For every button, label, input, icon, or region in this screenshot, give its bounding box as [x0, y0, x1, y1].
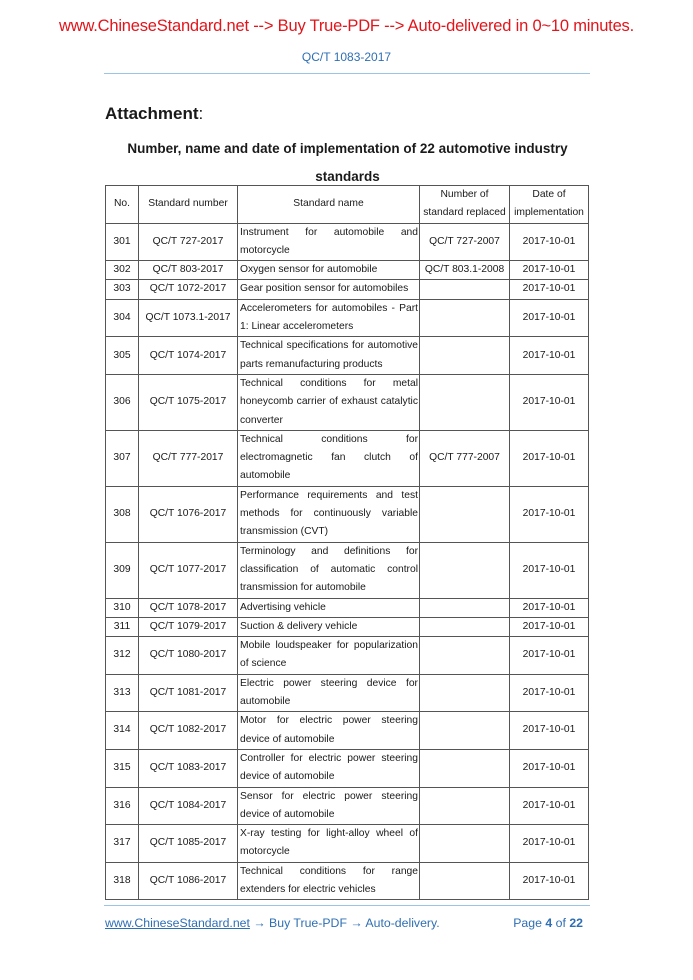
cell-standard-name: Accelerometers for automobiles - Part 1:… — [238, 299, 420, 337]
table-row: 310QC/T 1078-2017Advertising vehicle2017… — [106, 598, 589, 617]
cell-replaced — [420, 749, 510, 787]
cell-date: 2017-10-01 — [510, 280, 589, 299]
table-row: 301QC/T 727-2017Instrument for automobil… — [106, 223, 589, 261]
cell-date: 2017-10-01 — [510, 712, 589, 750]
cell-standard-name: Terminology and definitions for classifi… — [238, 542, 420, 598]
cell-date: 2017-10-01 — [510, 430, 589, 486]
cell-no: 303 — [106, 280, 139, 299]
cell-replaced — [420, 787, 510, 825]
cell-date: 2017-10-01 — [510, 749, 589, 787]
page-current: 4 — [545, 916, 552, 930]
cell-standard-number: QC/T 1074-2017 — [139, 337, 238, 375]
cell-standard-number: QC/T 1081-2017 — [139, 674, 238, 712]
table-row: 314QC/T 1082-2017Motor for electric powe… — [106, 712, 589, 750]
cell-no: 302 — [106, 261, 139, 280]
cell-replaced — [420, 637, 510, 675]
header-no: No. — [106, 186, 139, 224]
cell-standard-number: QC/T 1077-2017 — [139, 542, 238, 598]
cell-standard-name: Motor for electric power steering device… — [238, 712, 420, 750]
table-row: 315QC/T 1083-2017Controller for electric… — [106, 749, 589, 787]
cell-replaced — [420, 862, 510, 900]
cell-standard-number: QC/T 1078-2017 — [139, 598, 238, 617]
cell-standard-name: Technical conditions for metal honeycomb… — [238, 374, 420, 430]
cell-no: 311 — [106, 617, 139, 636]
cell-standard-name: Suction & delivery vehicle — [238, 617, 420, 636]
cell-standard-number: QC/T 1075-2017 — [139, 374, 238, 430]
cell-standard-number: QC/T 727-2017 — [139, 223, 238, 261]
header-date: Date of implementation — [510, 186, 589, 224]
cell-no: 318 — [106, 862, 139, 900]
promo-banner[interactable]: www.ChineseStandard.net --> Buy True-PDF… — [0, 17, 693, 36]
table-title: Number, name and date of implementation … — [100, 135, 595, 191]
cell-date: 2017-10-01 — [510, 825, 589, 863]
cell-standard-name: Electric power steering device for autom… — [238, 674, 420, 712]
cell-replaced — [420, 598, 510, 617]
cell-standard-number: QC/T 1076-2017 — [139, 486, 238, 542]
table-row: 306QC/T 1075-2017Technical conditions fo… — [106, 374, 589, 430]
table-header-row: No. Standard number Standard name Number… — [106, 186, 589, 224]
cell-standard-number: QC/T 1086-2017 — [139, 862, 238, 900]
cell-no: 308 — [106, 486, 139, 542]
cell-date: 2017-10-01 — [510, 374, 589, 430]
cell-standard-number: QC/T 1079-2017 — [139, 617, 238, 636]
cell-standard-name: X-ray testing for light-alloy wheel of m… — [238, 825, 420, 863]
cell-standard-name: Controller for electric power steering d… — [238, 749, 420, 787]
cell-date: 2017-10-01 — [510, 674, 589, 712]
cell-replaced — [420, 674, 510, 712]
page-indicator: Page 4 of 22 — [513, 916, 583, 930]
page-label: Page — [513, 916, 542, 930]
document-code-header: QC/T 1083-2017 — [0, 50, 693, 64]
cell-replaced — [420, 542, 510, 598]
footer-divider — [104, 905, 590, 906]
table-row: 308QC/T 1076-2017Performance requirement… — [106, 486, 589, 542]
table-row: 318QC/T 1086-2017Technical conditions fo… — [106, 862, 589, 900]
footer-promo-text: → Buy True-PDF → Auto-delivery. — [250, 916, 440, 930]
table-row: 304QC/T 1073.1-2017Accelerometers for au… — [106, 299, 589, 337]
cell-replaced — [420, 712, 510, 750]
cell-replaced — [420, 825, 510, 863]
header-replaced: Number of standard replaced — [420, 186, 510, 224]
cell-standard-name: Advertising vehicle — [238, 598, 420, 617]
table-row: 311QC/T 1079-2017Suction & delivery vehi… — [106, 617, 589, 636]
cell-date: 2017-10-01 — [510, 486, 589, 542]
cell-replaced: QC/T 803.1-2008 — [420, 261, 510, 280]
cell-no: 306 — [106, 374, 139, 430]
cell-replaced: QC/T 777-2007 — [420, 430, 510, 486]
cell-no: 313 — [106, 674, 139, 712]
table-row: 303QC/T 1072-2017Gear position sensor fo… — [106, 280, 589, 299]
cell-standard-name: Oxygen sensor for automobile — [238, 261, 420, 280]
cell-replaced — [420, 374, 510, 430]
cell-standard-name: Technical conditions for electromagnetic… — [238, 430, 420, 486]
cell-standard-number: QC/T 1083-2017 — [139, 749, 238, 787]
cell-date: 2017-10-01 — [510, 862, 589, 900]
cell-standard-name: Technical specifications for automotive … — [238, 337, 420, 375]
cell-date: 2017-10-01 — [510, 337, 589, 375]
cell-no: 307 — [106, 430, 139, 486]
cell-date: 2017-10-01 — [510, 542, 589, 598]
cell-replaced: QC/T 727-2007 — [420, 223, 510, 261]
attachment-heading: Attachment: — [105, 104, 203, 124]
cell-date: 2017-10-01 — [510, 598, 589, 617]
table-row: 302QC/T 803-2017Oxygen sensor for automo… — [106, 261, 589, 280]
cell-standard-number: QC/T 1084-2017 — [139, 787, 238, 825]
page-total: 22 — [569, 916, 583, 930]
cell-replaced — [420, 486, 510, 542]
cell-replaced — [420, 337, 510, 375]
cell-date: 2017-10-01 — [510, 617, 589, 636]
cell-replaced — [420, 280, 510, 299]
cell-no: 316 — [106, 787, 139, 825]
cell-no: 304 — [106, 299, 139, 337]
attachment-colon: : — [199, 104, 204, 123]
cell-standard-name: Gear position sensor for automobiles — [238, 280, 420, 299]
cell-standard-number: QC/T 1080-2017 — [139, 637, 238, 675]
cell-date: 2017-10-01 — [510, 637, 589, 675]
cell-no: 309 — [106, 542, 139, 598]
cell-standard-name: Instrument for automobile and motorcycle — [238, 223, 420, 261]
cell-standard-number: QC/T 1073.1-2017 — [139, 299, 238, 337]
header-divider — [104, 73, 590, 74]
cell-date: 2017-10-01 — [510, 261, 589, 280]
cell-date: 2017-10-01 — [510, 299, 589, 337]
cell-no: 314 — [106, 712, 139, 750]
table-row: 309QC/T 1077-2017Terminology and definit… — [106, 542, 589, 598]
cell-no: 305 — [106, 337, 139, 375]
cell-no: 315 — [106, 749, 139, 787]
cell-no: 317 — [106, 825, 139, 863]
cell-standard-number: QC/T 803-2017 — [139, 261, 238, 280]
table-row: 305QC/T 1074-2017Technical specification… — [106, 337, 589, 375]
cell-standard-number: QC/T 1072-2017 — [139, 280, 238, 299]
cell-no: 301 — [106, 223, 139, 261]
table-row: 313QC/T 1081-2017Electric power steering… — [106, 674, 589, 712]
cell-replaced — [420, 617, 510, 636]
attachment-label: Attachment — [105, 104, 199, 123]
cell-standard-number: QC/T 1085-2017 — [139, 825, 238, 863]
standards-table: No. Standard number Standard name Number… — [105, 185, 589, 900]
cell-no: 310 — [106, 598, 139, 617]
cell-standard-name: Sensor for electric power steering devic… — [238, 787, 420, 825]
footer-site-link[interactable]: www.ChineseStandard.net — [105, 916, 250, 930]
cell-standard-number: QC/T 777-2017 — [139, 430, 238, 486]
table-row: 312QC/T 1080-2017Mobile loudspeaker for … — [106, 637, 589, 675]
header-standard-number: Standard number — [139, 186, 238, 224]
table-row: 316QC/T 1084-2017Sensor for electric pow… — [106, 787, 589, 825]
table-row: 307QC/T 777-2017Technical conditions for… — [106, 430, 589, 486]
cell-date: 2017-10-01 — [510, 787, 589, 825]
cell-standard-number: QC/T 1082-2017 — [139, 712, 238, 750]
cell-no: 312 — [106, 637, 139, 675]
table-row: 317QC/T 1085-2017X-ray testing for light… — [106, 825, 589, 863]
cell-replaced — [420, 299, 510, 337]
footer-promo: www.ChineseStandard.net → Buy True-PDF →… — [105, 916, 440, 930]
cell-standard-name: Technical conditions for range extenders… — [238, 862, 420, 900]
cell-standard-name: Performance requirements and test method… — [238, 486, 420, 542]
cell-standard-name: Mobile loudspeaker for popularization of… — [238, 637, 420, 675]
page-of: of — [556, 916, 566, 930]
header-standard-name: Standard name — [238, 186, 420, 224]
cell-date: 2017-10-01 — [510, 223, 589, 261]
